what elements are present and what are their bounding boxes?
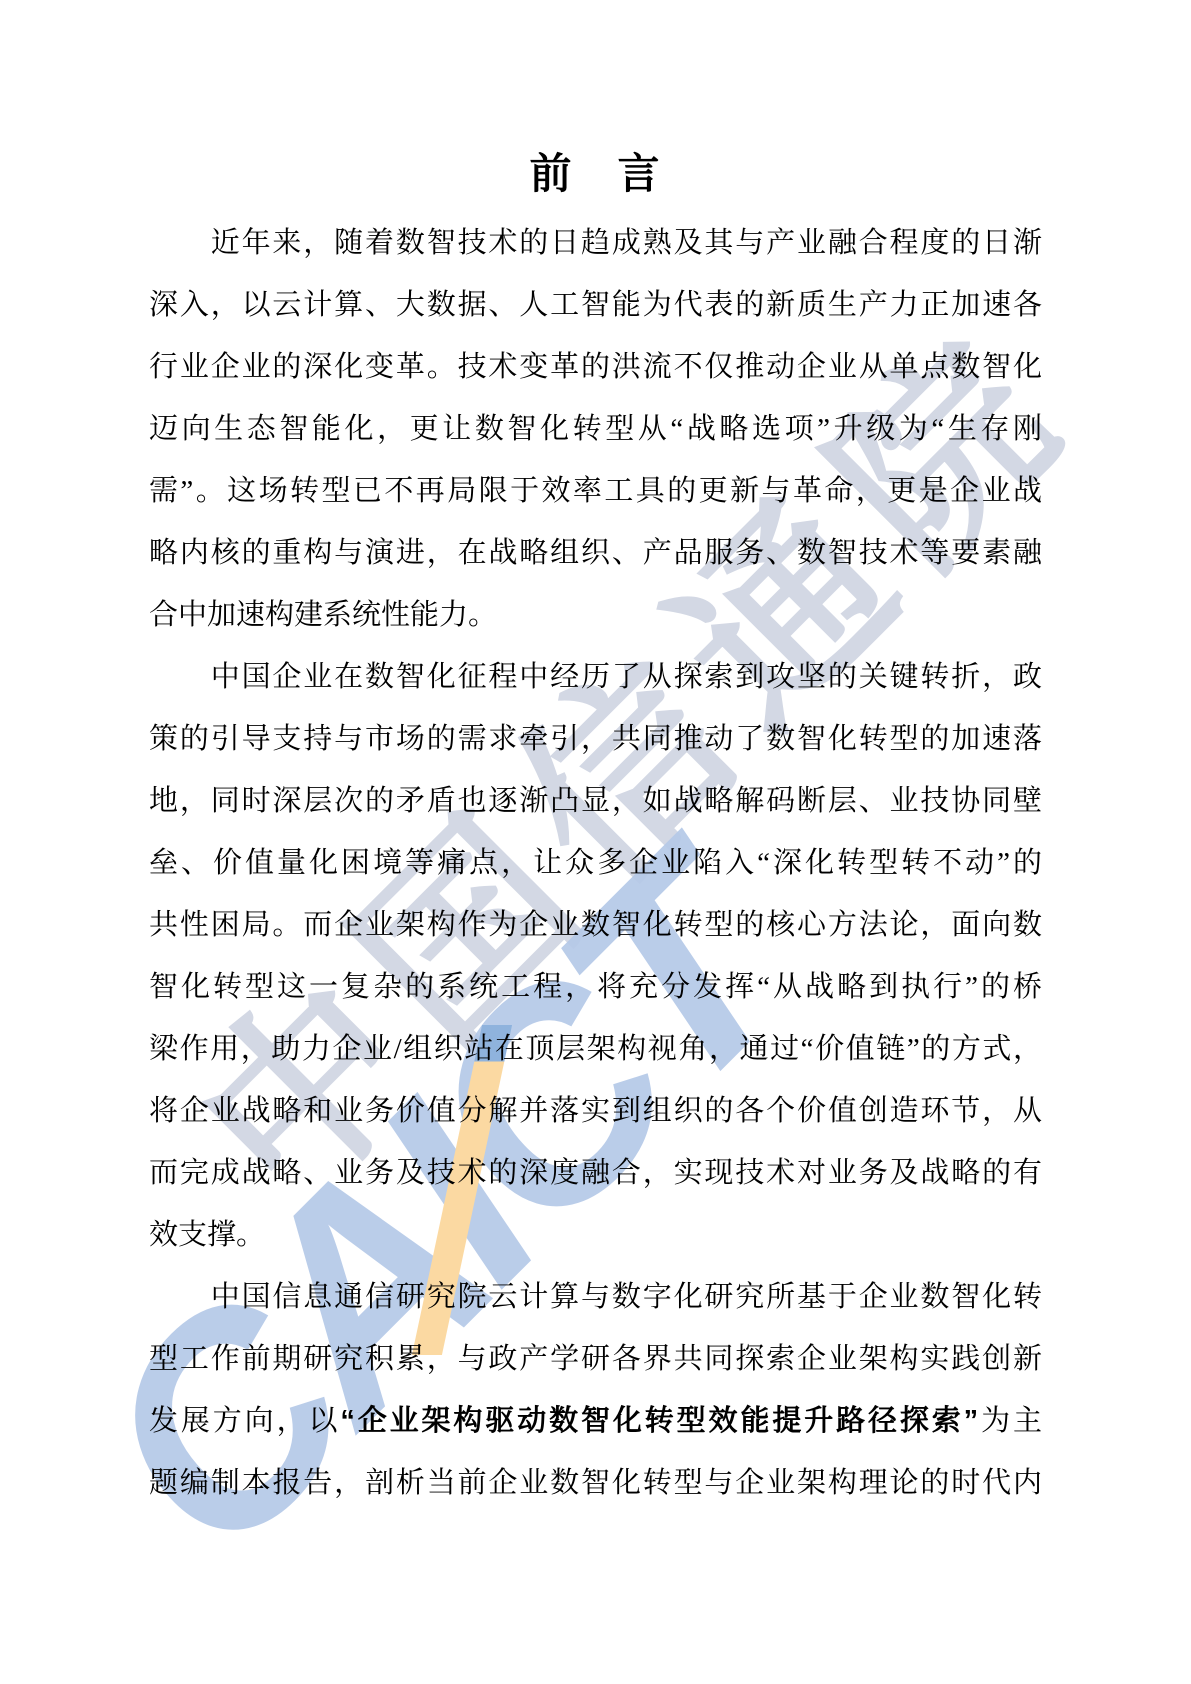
document-body: 近年来，随着数智技术的日趋成熟及其与产业融合程度的日渐深入，以云计算、大数据、人… (149, 212, 1042, 1514)
text-line: 将企业战略和业务价值分解并落实到组织的各个价值创造环节，从 (149, 1080, 1042, 1142)
text-run: 地，同时深层次的矛盾也逐渐凸显，如战略解码断层、业技协同壁 (149, 785, 1042, 817)
text-run: 题编制本报告，剖析当前企业数智化转型与企业架构理论的时代内 (149, 1467, 1042, 1499)
text-line: 地，同时深层次的矛盾也逐渐凸显，如战略解码断层、业技协同壁 (149, 770, 1042, 832)
text-line: 需”。这场转型已不再局限于效率工具的更新与革命，更是企业战 (149, 460, 1042, 522)
text-line: 中国信息通信研究院云计算与数字化研究所基于企业数智化转 (149, 1266, 1042, 1328)
text-line: 共性困局。而企业架构作为企业数智化转型的核心方法论，面向数 (149, 894, 1042, 956)
text-run: 垒、价值量化困境等痛点，让众多企业陷入“深化转型转不动”的 (149, 847, 1042, 879)
text-line: 深入，以云计算、大数据、人工智能为代表的新质生产力正加速各 (149, 274, 1042, 336)
text-line: 效支撑。 (149, 1204, 1042, 1266)
document-content: 前 言 近年来，随着数智技术的日趋成熟及其与产业融合程度的日渐深入，以云计算、大… (149, 0, 1042, 1514)
text-run: 共性困局。而企业架构作为企业数智化转型的核心方法论，面向数 (149, 909, 1042, 941)
text-run: 策的引导支持与市场的需求牵引，共同推动了数智化转型的加速落 (149, 723, 1042, 755)
text-run: 发展方向，以 (149, 1405, 340, 1437)
text-run: 为主 (978, 1405, 1042, 1437)
text-run: 略内核的重构与演进，在战略组织、产品服务、数智技术等要素融 (149, 537, 1042, 569)
text-line: 智化转型这一复杂的系统工程，将充分发挥“从战略到执行”的桥 (149, 956, 1042, 1018)
text-line: 发展方向，以“企业架构驱动数智化转型效能提升路径探索”为主 (149, 1390, 1042, 1452)
document-page: 中国信通院 CAICT 前 言 近年来，随着数智技术的日趋成熟及其与产业融合程度… (0, 0, 1191, 1684)
text-run: 效支撑。 (149, 1219, 265, 1251)
text-line: 行业企业的深化变革。技术变革的洪流不仅推动企业从单点数智化 (149, 336, 1042, 398)
text-run: 行业企业的深化变革。技术变革的洪流不仅推动企业从单点数智化 (149, 351, 1042, 383)
page-title: 前 言 (149, 142, 1042, 206)
text-run: 迈向生态智能化，更让数智化转型从“战略选项”升级为“生存刚 (149, 413, 1042, 445)
text-line: 型工作前期研究积累，与政产学研各界共同探索企业架构实践创新 (149, 1328, 1042, 1390)
text-line: 梁作用，助力企业/组织站在顶层架构视角，通过“价值链”的方式， (149, 1018, 1042, 1080)
text-run: 近年来，随着数智技术的日趋成熟及其与产业融合程度的日渐 (149, 227, 1042, 259)
text-line: 合中加速构建系统性能力。 (149, 584, 1042, 646)
text-line: 略内核的重构与演进，在战略组织、产品服务、数智技术等要素融 (149, 522, 1042, 584)
text-line: 垒、价值量化困境等痛点，让众多企业陷入“深化转型转不动”的 (149, 832, 1042, 894)
text-run: 将企业战略和业务价值分解并落实到组织的各个价值创造环节，从 (149, 1095, 1042, 1127)
text-run: 中国信息通信研究院云计算与数字化研究所基于企业数智化转 (149, 1281, 1042, 1313)
text-line: 而完成战略、业务及技术的深度融合，实现技术对业务及战略的有 (149, 1142, 1042, 1204)
text-run: 智化转型这一复杂的系统工程，将充分发挥“从战略到执行”的桥 (149, 971, 1042, 1003)
text-line: 近年来，随着数智技术的日趋成熟及其与产业融合程度的日渐 (149, 212, 1042, 274)
text-run: 梁作用，助力企业/组织站在顶层架构视角，通过“价值链”的方式， (149, 1033, 1042, 1065)
text-line: 迈向生态智能化，更让数智化转型从“战略选项”升级为“生存刚 (149, 398, 1042, 460)
text-run: 型工作前期研究积累，与政产学研各界共同探索企业架构实践创新 (149, 1343, 1042, 1375)
bold-theme-phrase: “企业架构驱动数智化转型效能提升路径探索” (340, 1405, 978, 1437)
text-run: 中国企业在数智化征程中经历了从探索到攻坚的关键转折，政 (149, 661, 1042, 693)
text-run: 合中加速构建系统性能力。 (149, 599, 497, 631)
text-run: 而完成战略、业务及技术的深度融合，实现技术对业务及战略的有 (149, 1157, 1042, 1189)
text-run: 需”。这场转型已不再局限于效率工具的更新与革命，更是企业战 (149, 475, 1042, 507)
text-line: 中国企业在数智化征程中经历了从探索到攻坚的关键转折，政 (149, 646, 1042, 708)
text-line: 策的引导支持与市场的需求牵引，共同推动了数智化转型的加速落 (149, 708, 1042, 770)
text-run: 深入，以云计算、大数据、人工智能为代表的新质生产力正加速各 (149, 289, 1042, 321)
text-line: 题编制本报告，剖析当前企业数智化转型与企业架构理论的时代内 (149, 1452, 1042, 1514)
